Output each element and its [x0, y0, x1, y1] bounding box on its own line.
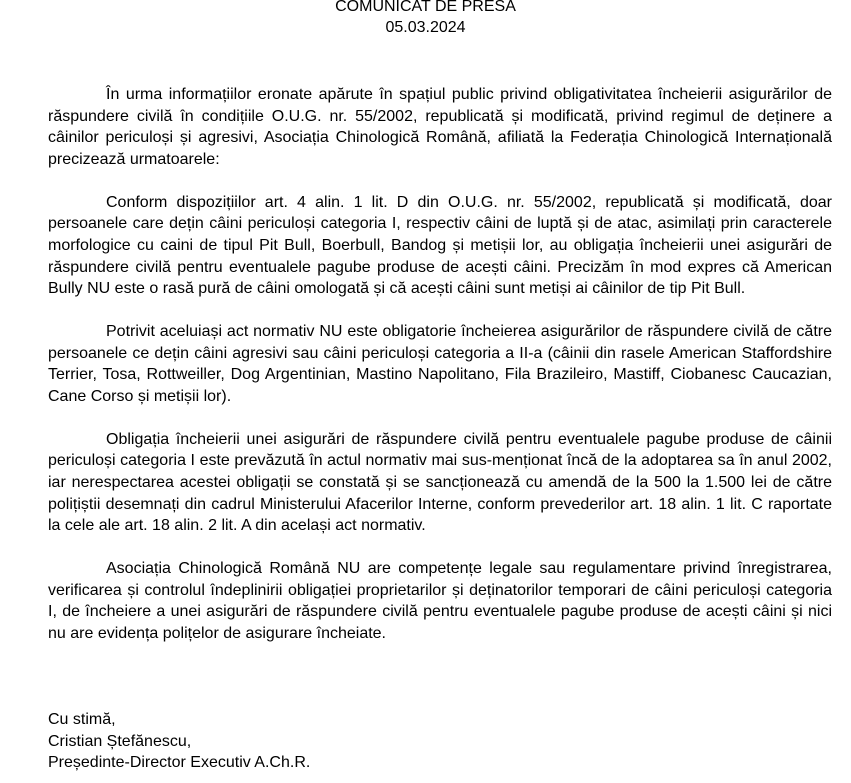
paragraph-category-2: Potrivit aceluiași act normativ NU este …	[48, 321, 832, 407]
signature-role: Președinte-Director Executiv A.Ch.R.	[48, 752, 310, 774]
paragraph-intro: În urma informațiilor eronate apărute în…	[48, 84, 832, 170]
document-date: 05.03.2024	[0, 17, 851, 38]
paragraph-competences: Asociația Chinologică Română NU are comp…	[48, 558, 832, 644]
document-title: COMUNICAT DE PRESĂ	[0, 0, 851, 17]
signature-closing: Cu stimă,	[48, 709, 310, 731]
signature-name: Cristian Ștefănescu,	[48, 731, 310, 753]
document-body: În urma informațiilor eronate apărute în…	[48, 84, 832, 666]
paragraph-obligation: Obligația încheierii unei asigurări de r…	[48, 429, 832, 537]
paragraph-category-1: Conform dispozițiilor art. 4 alin. 1 lit…	[48, 192, 832, 300]
signature-block: Cu stimă, Cristian Ștefănescu, Președint…	[48, 709, 310, 774]
document-header: COMUNICAT DE PRESĂ 05.03.2024	[0, 0, 851, 38]
